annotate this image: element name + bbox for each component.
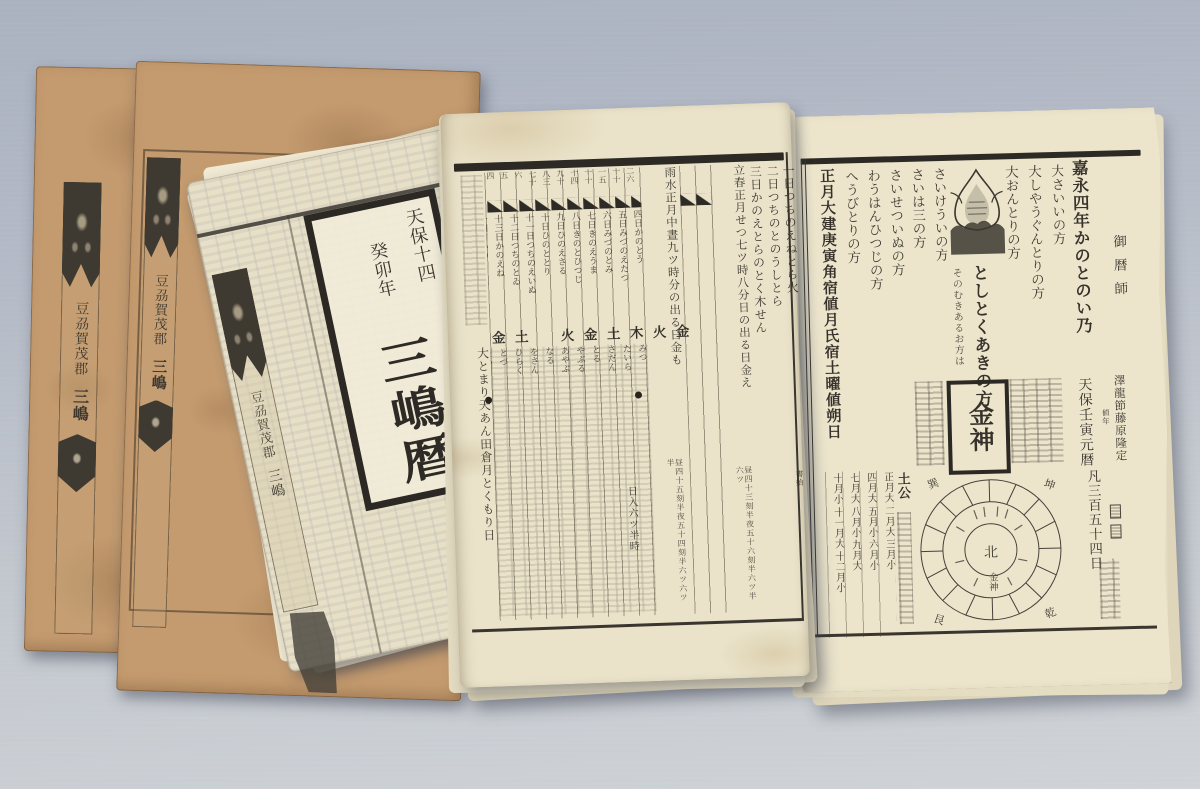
year-column: 嘉永四年かのとのい乃 xyxy=(1070,159,1094,409)
spine-crest-icon xyxy=(144,157,181,258)
konjin-text: 金神 xyxy=(965,401,993,454)
konjin-box: 金神 xyxy=(946,379,1010,475)
small-text-texture xyxy=(460,175,487,326)
month-lengths-grid: 正月大二月大三月小 四月大五月小六月小 七月大八月小九月大 十月小十一月大十二月… xyxy=(825,470,897,638)
compass-corner-text: 坤 xyxy=(1042,476,1057,493)
compiler-name: 澤龍節藤原隆定 xyxy=(1112,374,1127,474)
direction-compass-diagram: 北 金神 巽 坤 艮 乾 xyxy=(913,472,1069,628)
small-text-texture xyxy=(897,512,914,624)
spine-region-text: 豆刕賀茂郡 xyxy=(248,389,276,460)
spine-place-text: 三嶋 xyxy=(264,468,285,500)
title-cycle-year-text: 癸卯年 xyxy=(367,240,397,300)
small-text-texture xyxy=(1099,558,1121,619)
calendar-right-page: 正月大建庚寅角宿値月氏宿土曜値朔日 さいけういの方さいは三の方さいせついぬの方わ… xyxy=(788,107,1175,693)
title-era-text: 天保十四 xyxy=(402,206,436,284)
calendar-master-label: 御暦師 xyxy=(1111,234,1127,319)
spine-place-text: 三嶋 xyxy=(69,388,87,422)
compass-corner-text: 乾 xyxy=(1043,604,1058,621)
page-bottom-rule xyxy=(472,618,802,633)
solar-term-column: 雨水正月中晝九ツ時分の出る日金も xyxy=(645,166,685,457)
compass-center-text: 北 xyxy=(984,545,998,561)
small-text-texture xyxy=(914,381,944,466)
spine-label-book1: 豆刕賀茂郡 三嶋 xyxy=(54,182,101,635)
solar-term-times: 昼四十五刻半夜五十四刻半六ツ六ツ半 xyxy=(660,458,687,609)
day-stem-columns: 四日かのとう五日みづのえたつ六日みづのとみ七日きのえうま八日きのとひつじ九日ひの… xyxy=(486,209,646,326)
months-col: 正月大二月大三月小 xyxy=(876,470,897,636)
solar-term-times: 昼四十三刻半夜五十六刻半六ツ半六ツ xyxy=(730,466,757,607)
mini-seal xyxy=(1110,524,1121,538)
spine-region-text: 豆刕賀茂郡 xyxy=(71,301,87,376)
calendar-left-page: 四五六七八九十十一十二十三十四十五十六 四日かのとう五日みづのえたつ六日みづのと… xyxy=(440,102,810,688)
spine-ribbon-icon xyxy=(57,434,96,493)
spine-crest-icon xyxy=(62,182,102,288)
crown-ornament-icon xyxy=(945,165,1009,261)
spine-place-text: 三嶋 xyxy=(149,358,166,390)
page-top-rule xyxy=(801,150,1141,165)
compass-corner-text: 巽 xyxy=(926,476,942,492)
spine-ribbon-icon xyxy=(138,400,174,453)
compass-corner-text: 艮 xyxy=(932,612,947,628)
small-text-texture xyxy=(1009,378,1063,463)
photo-of-mishima-calendars: 豆刕賀茂郡 三嶋 豆刕賀茂郡 三嶋 豆刕賀茂郡 三嶋 天保十四 癸卯年 三嶋暦 xyxy=(0,0,1200,789)
value-year-note: 値年 xyxy=(1101,409,1110,433)
origin-era-column: 天保壬寅元暦 xyxy=(1075,377,1092,472)
spine-region-text: 豆刕賀茂郡 xyxy=(151,273,167,346)
mini-seal xyxy=(1110,504,1121,518)
doku-heading: 土公 xyxy=(896,472,911,506)
day-one-note: 書始 xyxy=(791,470,804,510)
sunset-note: 日入六ツ半時 xyxy=(621,486,639,596)
